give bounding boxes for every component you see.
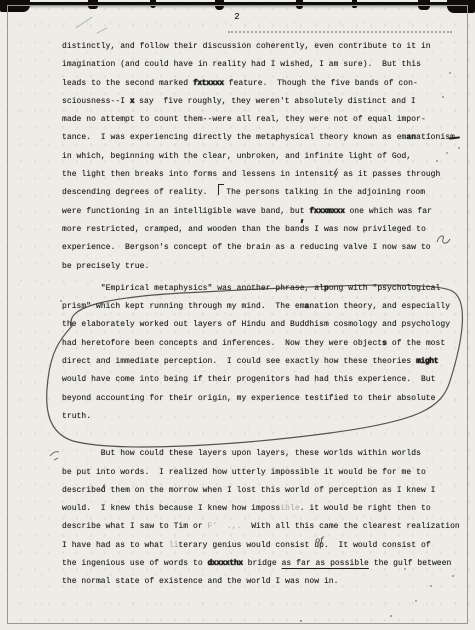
- text-line: be precisely true.: [62, 258, 464, 276]
- text-segment: a: [305, 302, 310, 311]
- text-line: more restricted, cramped, and wooden tha…: [62, 221, 464, 239]
- text-line: distinctly, and follow their discussion …: [62, 38, 464, 56]
- text-line: But how could these layers upon layers, …: [62, 445, 464, 463]
- text-line: describe what I saw to Tim or F' .,. Wit…: [62, 518, 464, 536]
- text-segment: s: [382, 339, 387, 348]
- paragraph: "Empirical metaphysics" was another phra…: [62, 280, 464, 426]
- faded-text: li: [169, 541, 179, 550]
- paragraph: But how could these layers upon layers, …: [62, 445, 464, 591]
- faded-text: F' .,.: [208, 522, 242, 531]
- text-line: direct and immediate perception. I could…: [62, 353, 464, 371]
- text-line: would. I knew this because I knew how im…: [62, 500, 464, 518]
- faded-text: ible: [280, 504, 299, 513]
- margin-check-mark: [50, 452, 59, 460]
- text-line: the light then breaks into forms and les…: [62, 166, 464, 184]
- text-line: tance. I was experiencing directly the m…: [62, 129, 464, 147]
- text-line: I have had as to what literary genius wo…: [62, 537, 464, 555]
- handwritten-of-note: of: [315, 532, 323, 550]
- text-line: had heretofore been concepts and inferen…: [62, 335, 464, 353]
- text-line: beyond accounting for their origin, my e…: [62, 390, 464, 408]
- document-text: distinctly, and follow their discussion …: [62, 38, 464, 592]
- text-segment: up.of: [314, 541, 329, 550]
- insert-mark: [218, 184, 224, 195]
- text-line: imagination (and could have in reality h…: [62, 56, 464, 74]
- text-line: the elaborately worked out layers of Hin…: [62, 316, 464, 334]
- text-line: "Empirical metaphysics" was another phra…: [62, 280, 464, 298]
- paragraph: distinctly, and follow their discussion …: [62, 38, 464, 276]
- text-line: the normal state of existence and the wo…: [62, 573, 464, 591]
- text-line: experience. Bergson's concept of the bra…: [62, 239, 464, 257]
- typed-strikeout-text: x: [130, 97, 134, 106]
- text-segment: an: [406, 133, 416, 142]
- text-segment: d: [101, 482, 106, 500]
- text-segment: y: [334, 166, 339, 184]
- text-line: descending degrees of reality. The perso…: [62, 184, 464, 202]
- pencil-scribble: [96, 27, 107, 34]
- text-line: truth.: [62, 408, 464, 426]
- text-line: prism" which kept running through my min…: [62, 298, 464, 316]
- bleed-through-dots-artifact: [228, 31, 452, 33]
- scanned-document-page: 2 distinctly, and follow their discussio…: [0, 0, 475, 630]
- page-number: 2: [0, 12, 475, 22]
- typed-strikeout-text: dxxxxthx: [208, 559, 243, 568]
- text-line: described them on the morrow when I lost…: [62, 482, 464, 500]
- text-line: sciousness--I x say five roughly, they w…: [62, 93, 464, 111]
- text-segment: as far as possible: [282, 559, 369, 568]
- text-line: would have come into being if their prog…: [62, 371, 464, 389]
- text-line: be put into words. I realized how utterl…: [62, 464, 464, 482]
- text-line: the ingenious use of words to dxxxxthx b…: [62, 555, 464, 573]
- typed-strikeout-text: fxxxmxxx: [309, 207, 344, 216]
- text-line: leads to the second marked fxtxxxx featu…: [62, 75, 464, 93]
- text-line: in which, beginning with the clear, unbr…: [62, 148, 464, 166]
- text-line: made no attempt to count them--were all …: [62, 111, 464, 129]
- text-segment: p: [324, 284, 329, 293]
- text-line: were functioning in an intelligible wave…: [62, 203, 464, 221]
- typed-strikeout-text: might: [416, 357, 438, 366]
- typed-strikeout-text: fxtxxxx: [193, 79, 224, 88]
